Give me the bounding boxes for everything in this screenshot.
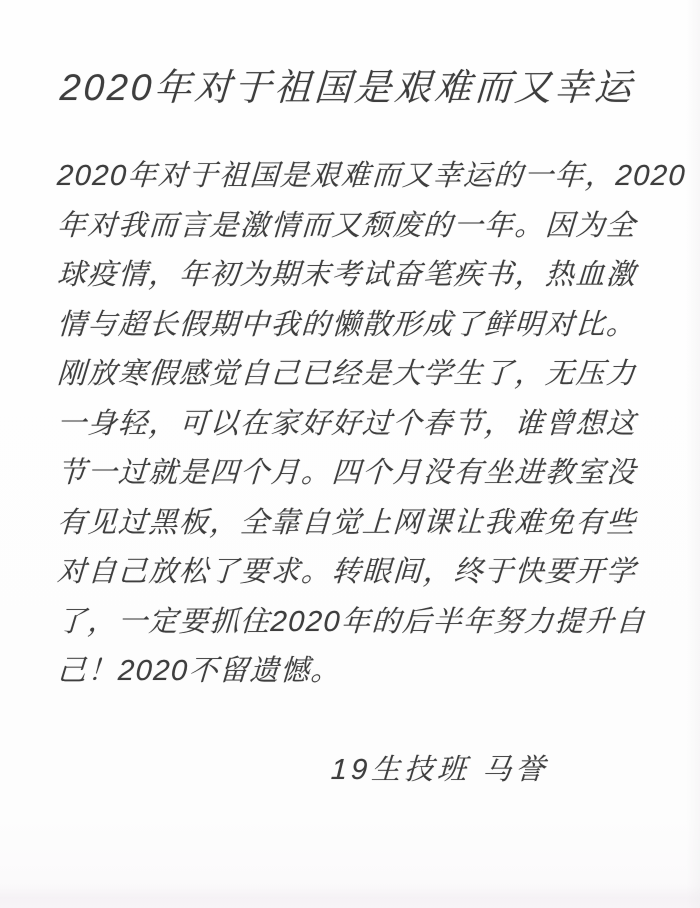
essay-line: 球疫情，年初为期末考试奋笔疾书，热血激	[56, 251, 655, 301]
essay-line: 情与超长假期中我的懒散形成了鲜明对比。	[56, 301, 655, 351]
essay-signature: 19生技班 马誉	[330, 748, 550, 792]
essay-line: 了，一定要抓住2020年的后半年努力提升自	[56, 598, 655, 648]
essay-line: 一身轻，可以在家好好过个春节，谁曾想这	[56, 400, 655, 450]
essay-title: 2020年对于祖国是艰难而又幸运	[59, 62, 652, 114]
essay-line: 节一过就是四个月。四个月没有坐进教室没	[56, 449, 655, 499]
essay-line: 年对我而言是激情而又颓废的一年。因为全	[56, 202, 655, 252]
scan-right-shadow	[686, 0, 700, 908]
essay-line: 己！2020不留遗憾。	[56, 647, 655, 697]
scanned-essay-page: 2020年对于祖国是艰难而又幸运 2020年对于祖国是艰难而又幸运的一年，202…	[0, 0, 700, 908]
essay-line: 刚放寒假感觉自己已经是大学生了，无压力	[56, 350, 655, 400]
essay-line: 有见过黑板，全靠自觉上网课让我难免有些	[56, 499, 655, 549]
essay-body: 2020年对于祖国是艰难而又幸运的一年，2020 年对我而言是激情而又颓废的一年…	[57, 152, 653, 697]
essay-line: 对自己放松了要求。转眼间，终于快要开学	[56, 548, 655, 598]
essay-line: 2020年对于祖国是艰难而又幸运的一年，2020	[56, 152, 655, 202]
scan-bottom-shadow	[0, 886, 700, 908]
